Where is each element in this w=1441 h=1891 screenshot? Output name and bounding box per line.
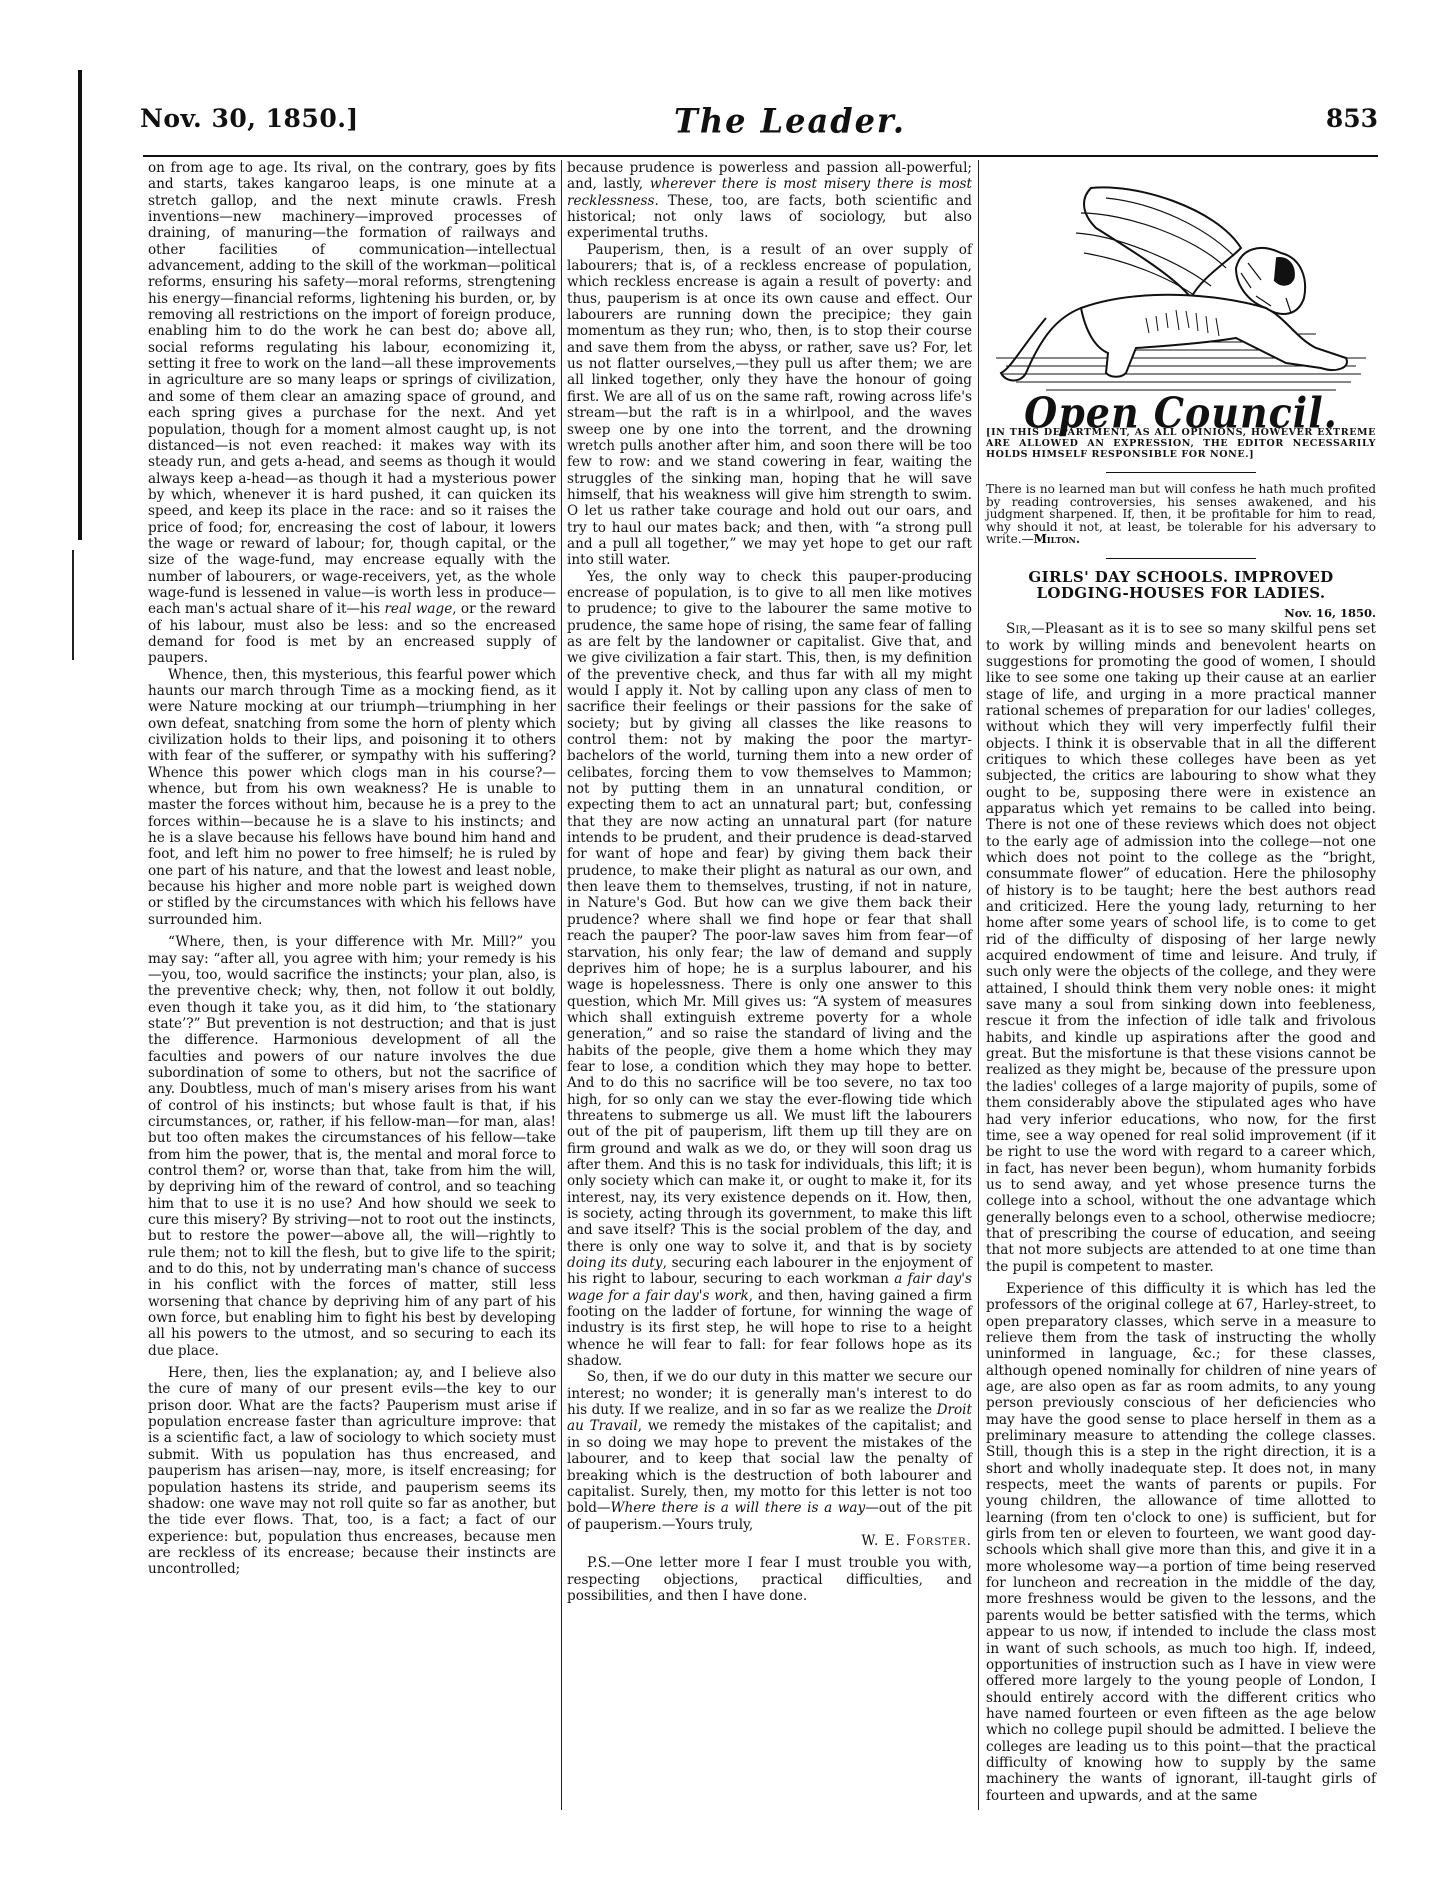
letter-signature: W. E. Forster. (567, 1533, 972, 1549)
masthead-rule (143, 155, 1378, 157)
divider-rule (1106, 558, 1256, 559)
paragraph: Here, then, lies the explanation; ay, an… (148, 1365, 556, 1577)
divider-rule (1106, 472, 1256, 473)
paragraph: Sir,—Pleasant as it is to see so many sk… (986, 621, 1376, 1275)
paragraph: Yes, the only way to check this pauper-p… (567, 569, 972, 1370)
winged-lion-icon (986, 168, 1376, 403)
paragraph: Pauperism, then, is a result of an over … (567, 242, 972, 569)
issue-date: Nov. 30, 1850.] (140, 104, 359, 133)
paragraph: on from age to age. Its rival, on the co… (148, 160, 556, 667)
paragraph: Whence, then, this mysterious, this fear… (148, 667, 556, 929)
paragraph: So, then, if we do our duty in this matt… (567, 1369, 972, 1532)
page-number: 853 (1326, 104, 1378, 133)
article-title: GIRLS' DAY SCHOOLS. IMPROVED LODGING-HOU… (986, 569, 1376, 601)
epigraph: There is no learned man but will confess… (986, 483, 1376, 546)
postscript: P.S.—One letter more I fear I must troub… (567, 1555, 972, 1604)
page-binding-edge-lower (72, 550, 74, 660)
epigraph-author: Milton. (1034, 532, 1080, 546)
winged-lion-illustration (986, 168, 1376, 403)
column-divider (978, 160, 979, 1810)
masthead: Nov. 30, 1850.] The Leader. 853 (140, 104, 1378, 144)
page-binding-edge (78, 70, 82, 540)
paragraph: “Where, then, is your difference with Mr… (148, 934, 556, 1359)
paragraph: because prudence is powerless and passio… (567, 160, 972, 242)
column-divider (561, 160, 562, 1810)
paragraph: Experience of this difficulty it is whic… (986, 1281, 1376, 1804)
salutation: Sir, (1006, 621, 1031, 637)
right-column: Open Council. [In this department, as al… (986, 168, 1376, 1804)
newspaper-title: The Leader. (660, 101, 920, 141)
section-title: Open Council. (986, 404, 1376, 422)
left-column: on from age to age. Its rival, on the co… (148, 160, 556, 1578)
middle-column: because prudence is powerless and passio… (567, 160, 972, 1604)
article-date: Nov. 16, 1850. (986, 605, 1376, 621)
